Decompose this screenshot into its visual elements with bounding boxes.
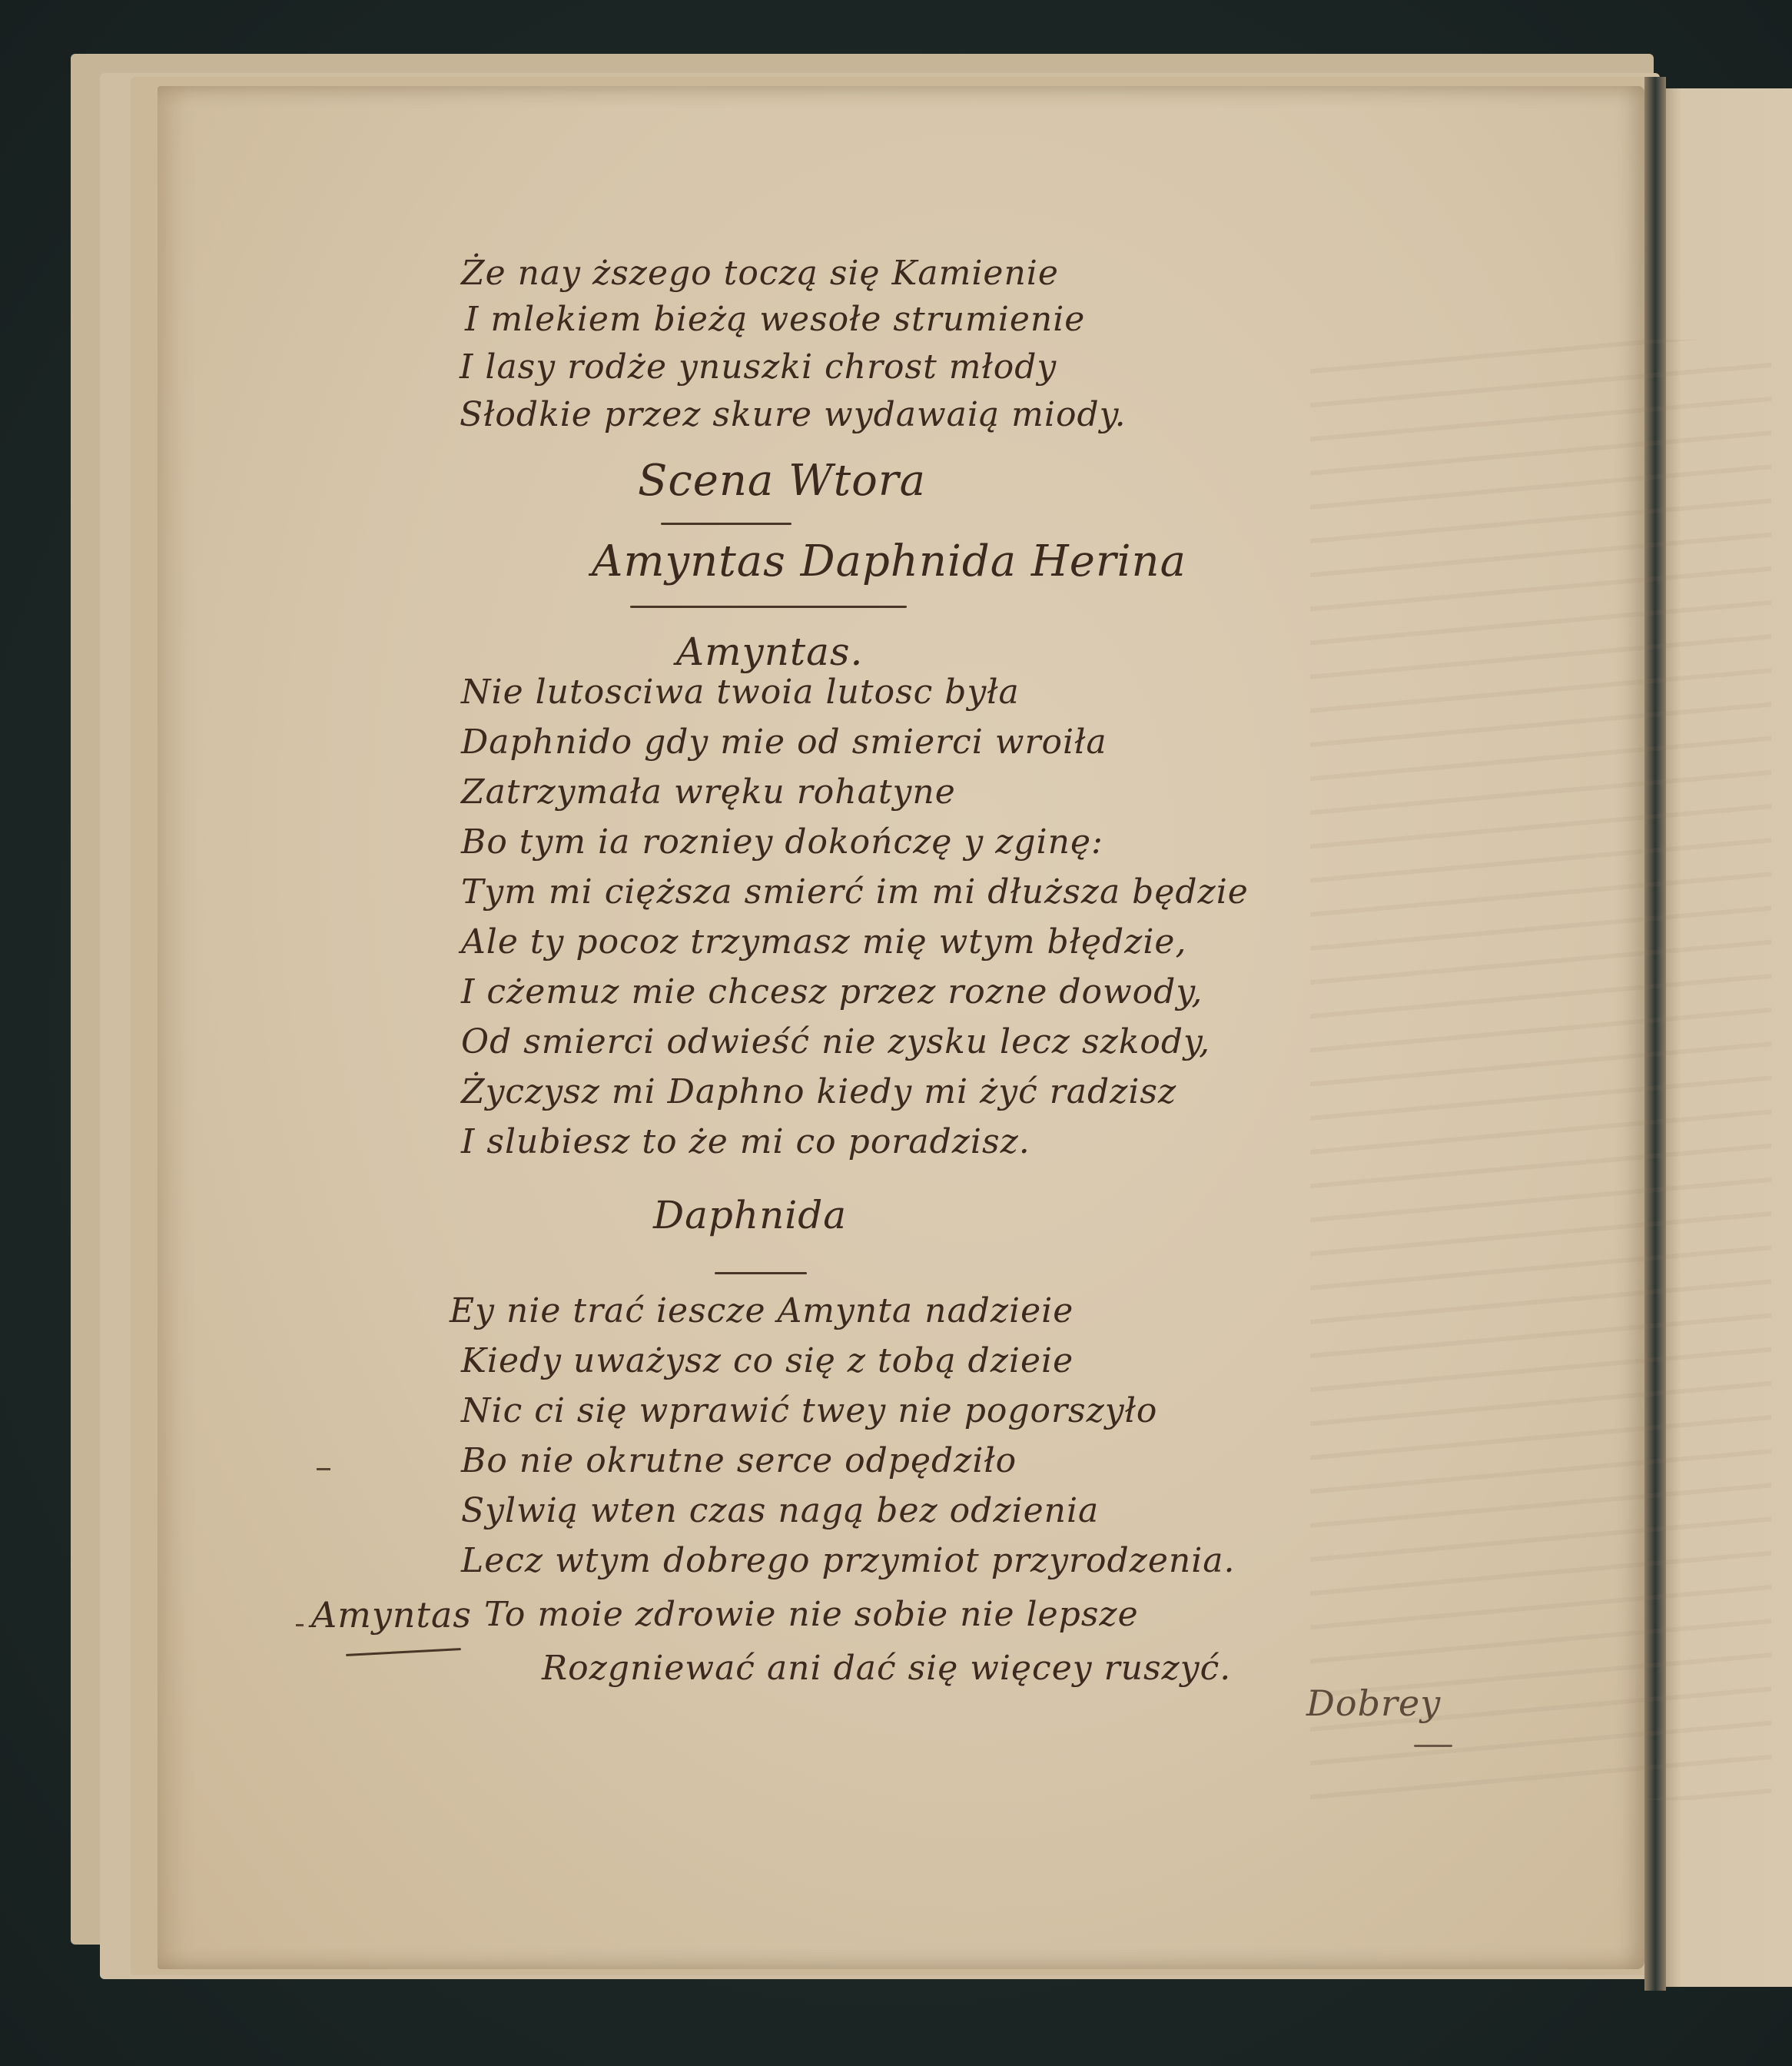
verse-line: To moie zdrowie nie sobie nie lepsze	[484, 1595, 1139, 1635]
speaker-name-marginal: Amyntas	[311, 1595, 472, 1635]
verse-line: I slubiesz to że mi co poradzisz.	[461, 1122, 1030, 1162]
verse-line: Sylwią wten czas nagą bez odzienia	[461, 1491, 1099, 1531]
verse-line: Bo tym ia rozniey dokończę y zginę:	[461, 822, 1103, 862]
verse-line: Słodkie przez skure wydawaią miody.	[460, 395, 1127, 435]
speaker-rule	[346, 1648, 461, 1656]
catchword-flourish	[1414, 1745, 1452, 1747]
characters-heading: Amyntas Daphnida Herina	[592, 542, 1186, 582]
verse-line: Zatrzymała wręku rohatyne	[461, 772, 956, 812]
verse-line: Ey nie trać iescze Amynta nadzieie	[450, 1291, 1074, 1331]
verse-line: Nic ci się wprawić twey nie pogorszyło	[461, 1391, 1157, 1431]
manuscript-text: Że nay ższego toczą się Kamienie I mleki…	[0, 0, 1792, 2066]
speaker-rule	[715, 1272, 807, 1274]
speaker-name: Amyntas.	[676, 632, 863, 672]
scene-title: Scena Wtora	[638, 461, 926, 501]
verse-line: Rozgniewać ani dać się więcey ruszyć.	[542, 1649, 1231, 1689]
heading-rule	[630, 606, 907, 608]
verse-line: I lasy rodże ynuszki chrost młody	[460, 347, 1057, 387]
verse-line: Od smierci odwieść nie zysku lecz szkody…	[461, 1022, 1210, 1062]
margin-mark	[296, 1624, 304, 1626]
catchword: Dobrey	[1306, 1683, 1441, 1723]
verse-line: I mlekiem bieżą wesołe strumienie	[465, 300, 1085, 340]
speaker-name: Daphnida	[653, 1195, 847, 1235]
verse-line: Bo nie okrutne serce odpędziło	[461, 1441, 1017, 1481]
verse-line: Lecz wtym dobrego przymiot przyrodzenia.	[461, 1541, 1235, 1581]
verse-line: Kiedy uważysz co się z tobą dzieie	[461, 1341, 1074, 1381]
verse-line: Daphnido gdy mie od smierci wroiła	[461, 722, 1107, 762]
heading-rule	[661, 523, 791, 525]
verse-line: Że nay ższego toczą się Kamienie	[461, 254, 1059, 294]
verse-line: I cżemuz mie chcesz przez rozne dowody,	[461, 972, 1203, 1012]
margin-mark	[317, 1468, 330, 1470]
verse-line: Nie lutosciwa twoia lutosc była	[461, 673, 1020, 712]
verse-line: Życzysz mi Daphno kiedy mi żyć radzisz	[461, 1072, 1176, 1112]
verse-line: Ale ty pocoz trzymasz mię wtym błędzie,	[461, 922, 1186, 962]
verse-line: Tym mi cięższa smierć im mi dłuższa będz…	[461, 872, 1249, 912]
